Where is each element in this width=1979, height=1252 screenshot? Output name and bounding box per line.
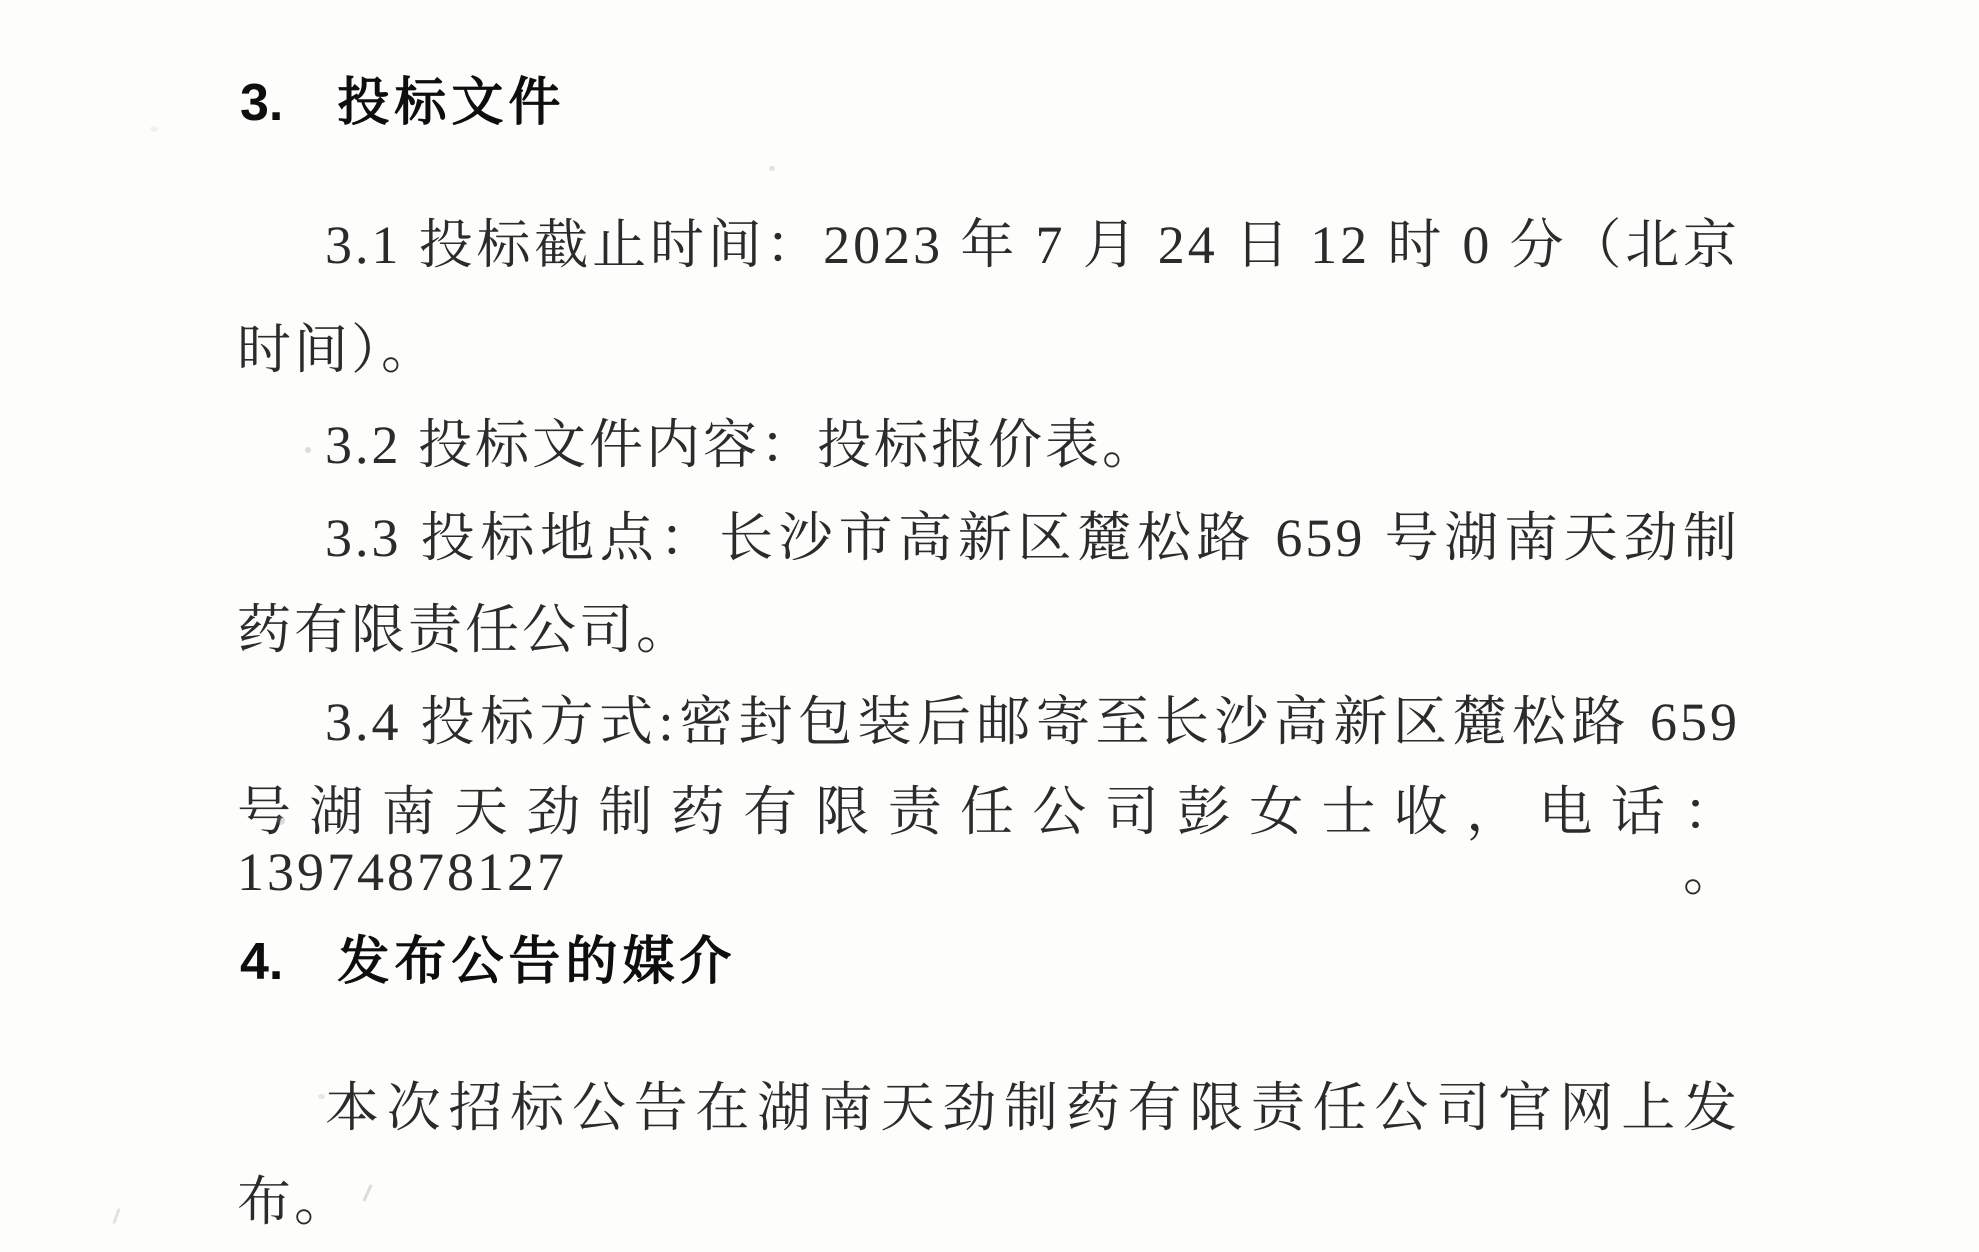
clause-3-2-line-1: 3.2 投标文件内容：投标报价表。 xyxy=(237,415,1740,475)
scan-speck xyxy=(112,1208,120,1224)
scan-speck xyxy=(277,816,285,825)
clause-3-4-line-2: 号湖南天劲制药有限责任公司彭女士收，电话：13974878127。 xyxy=(237,782,1740,902)
section-4-number: 4. xyxy=(240,932,283,992)
clause-3-3-line-2: 药有限责任公司。 xyxy=(237,600,1740,660)
section-4-paragraph-line-2: 布。 xyxy=(237,1172,1740,1232)
section-4-heading: 4.发布公告的媒介 xyxy=(240,932,736,992)
clause-3-3-line-1: 3.3 投标地点：长沙市高新区麓松路 659 号湖南天劲制 xyxy=(237,508,1740,568)
scan-speck xyxy=(305,447,311,453)
document-page: 3.投标文件 3.1 投标截止时间：2023 年 7 月 24 日 12 时 0… xyxy=(0,0,1979,1252)
section-3-title: 投标文件 xyxy=(337,74,565,132)
section-3-number: 3. xyxy=(240,73,283,133)
clause-3-1-line-1: 3.1 投标截止时间：2023 年 7 月 24 日 12 时 0 分（北京 xyxy=(237,215,1740,275)
section-3-heading: 3.投标文件 xyxy=(240,73,565,133)
clause-3-4-line-1: 3.4 投标方式:密封包装后邮寄至长沙高新区麓松路 659 xyxy=(237,692,1740,752)
clause-3-1-line-2: 时间）。 xyxy=(237,320,1740,380)
section-4-title: 发布公告的媒介 xyxy=(337,933,736,991)
scan-speck xyxy=(769,166,775,171)
scan-speck xyxy=(150,126,158,132)
section-4-paragraph-line-1: 本次招标公告在湖南天劲制药有限责任公司官网上发 xyxy=(237,1078,1740,1138)
scan-speck xyxy=(318,1094,325,1099)
